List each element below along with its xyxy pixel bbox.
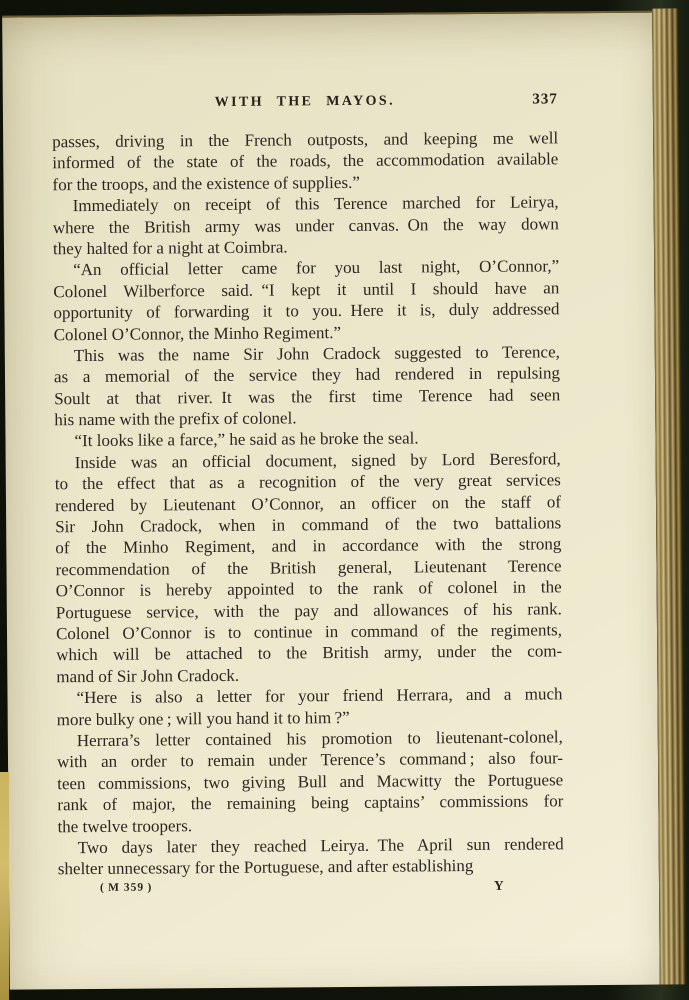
text-line: Two days later they reached Leirya. The … [58, 833, 564, 858]
paragraph: “Here is also a letter for your friend H… [56, 683, 562, 730]
text-line: “Here is also a letter for your friend H… [56, 683, 562, 708]
page-number: 337 [498, 91, 558, 108]
text-line: which will be attached to the British ar… [56, 641, 562, 666]
text-line: opportunity of forwarding it to you. Her… [53, 298, 559, 323]
text-line: shelter unnecessary for the Portuguese, … [58, 855, 564, 880]
book-scan: WITH THE MAYOS. 337 passes, driving in t… [0, 0, 689, 1000]
book-page: WITH THE MAYOS. 337 passes, driving in t… [2, 11, 661, 990]
page-header: WITH THE MAYOS. 337 [52, 91, 558, 115]
text-line: Soult at that river. It was the first ti… [54, 384, 560, 409]
paragraph: Inside was an official document, signed … [55, 448, 563, 687]
page-content: WITH THE MAYOS. 337 passes, driving in t… [52, 91, 564, 899]
running-title: WITH THE MAYOS. [52, 93, 498, 113]
paragraph: passes, driving in the French outposts, … [52, 127, 558, 195]
signature-mark: Y [494, 877, 504, 893]
paragraph: Immediately on receipt of this Terence m… [53, 191, 559, 259]
book-page-block: WITH THE MAYOS. 337 passes, driving in t… [2, 10, 688, 993]
text-line: rank of major, the remaining being capta… [57, 790, 563, 815]
paragraph: This was the name Sir John Cradock sugge… [54, 341, 561, 431]
text-line: where the British army was under canvas.… [53, 213, 559, 238]
page-footer: ( M 359 ) Y [58, 877, 564, 899]
text-line: informed of the state of the roads, the … [52, 149, 558, 174]
printers-mark: ( M 359 ) [100, 881, 152, 893]
paragraph: Two days later they reached Leirya. The … [58, 833, 564, 880]
paragraph: Herrara’s letter contained his promotion… [57, 726, 564, 837]
text-body: passes, driving in the French outposts, … [52, 127, 564, 880]
paragraph: “An official letter came for you last ni… [53, 256, 560, 346]
left-page-edge [0, 772, 9, 1000]
